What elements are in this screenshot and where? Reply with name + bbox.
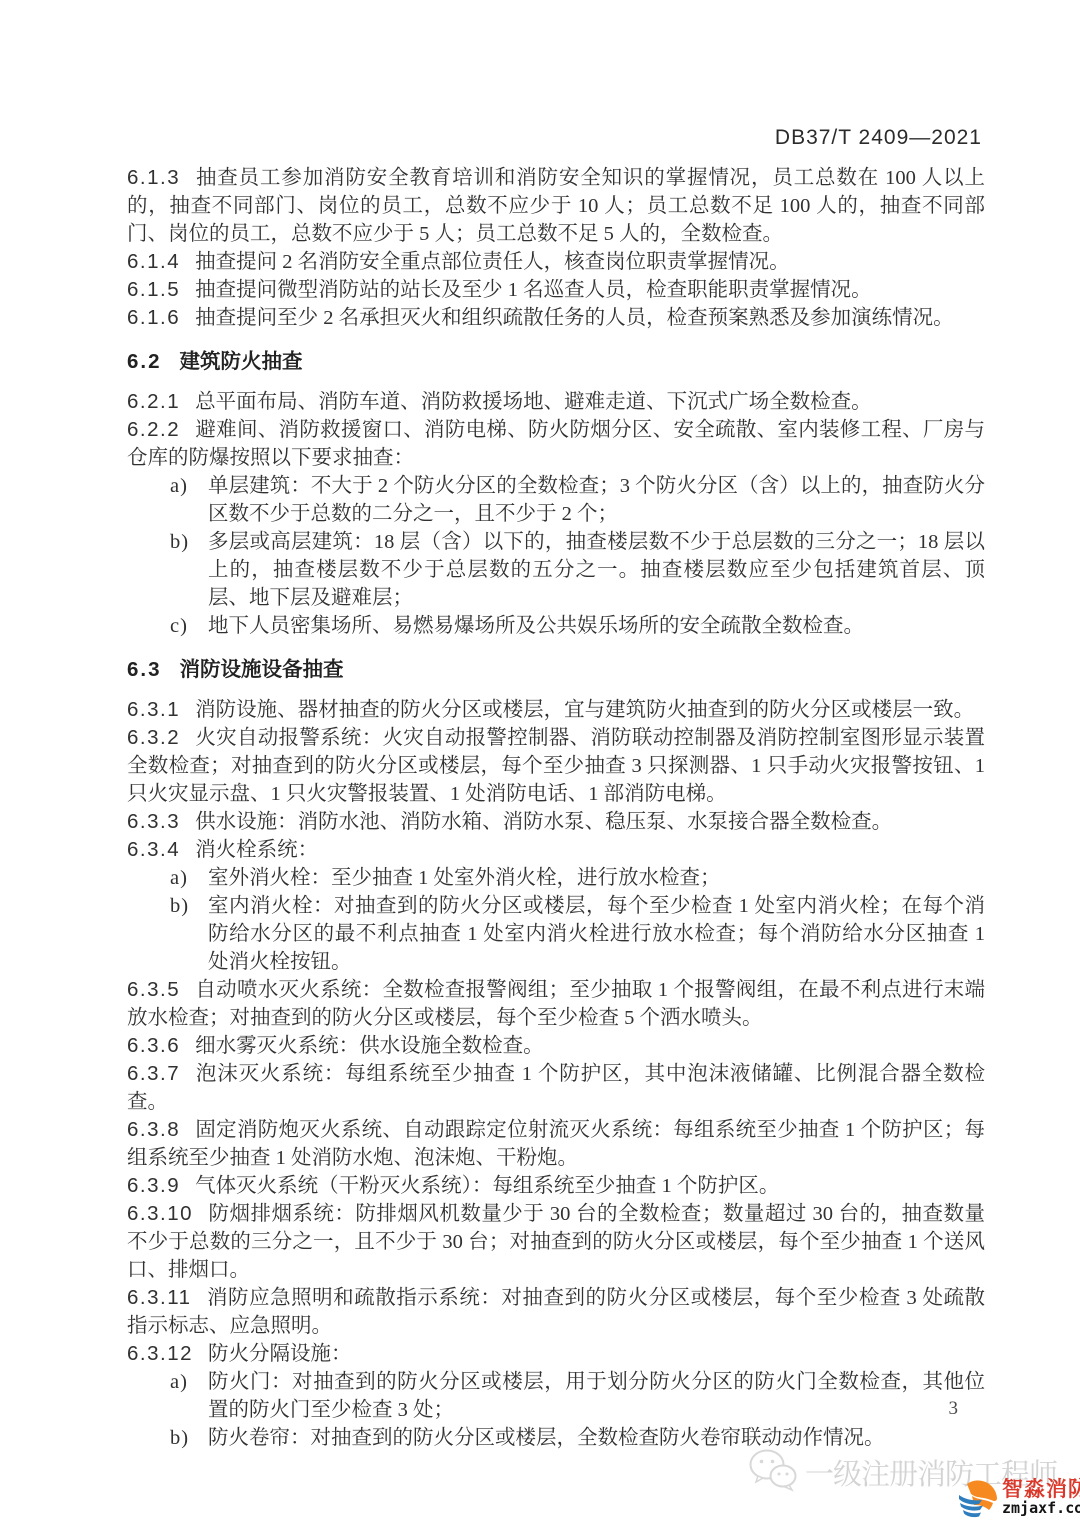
clause-text: 消防设施、器材抽查的防火分区或楼层，宜与建筑防火抽查到的防火分区或楼层一致。 (195, 699, 974, 721)
clause-paragraph: 6.3.2火灾自动报警系统：火灾自动报警控制器、消防联动控制器及消防控制室图形显… (127, 724, 985, 808)
list-item-text: 多层或高层建筑：18 层（含）以下的，抽查楼层数不少于总层数的三分之一；18 层… (208, 531, 985, 609)
list-item-text: 单层建筑：不大于 2 个防火分区的全数检查；3 个防火分区（含）以上的，抽查防火… (208, 475, 985, 525)
section-title: 建筑防火抽查 (180, 350, 303, 373)
clause-paragraph: 6.3.12防火分隔设施： (127, 1340, 985, 1368)
clause-paragraph: 6.1.4抽查提问 2 名消防安全重点部位责任人，核查岗位职责掌握情况。 (127, 248, 985, 276)
list-item-marker: a) (170, 472, 188, 500)
brand-logo: 智淼消防 zmjaxf.com (958, 1479, 1080, 1524)
list-item: a)单层建筑：不大于 2 个防火分区的全数检查；3 个防火分区（含）以上的，抽查… (170, 472, 985, 528)
clause-number: 6.3.3 (127, 810, 180, 833)
clause-number: 6.2.1 (127, 390, 180, 413)
clause-text: 供水设施：消防水池、消防水箱、消防水泵、稳压泵、水泵接合器全数检查。 (195, 811, 892, 833)
clause-number: 6.3.9 (127, 1174, 180, 1197)
clause-paragraph: 6.3.10防烟排烟系统：防排烟风机数量少于 30 台的全数检查；数量超过 30… (127, 1200, 985, 1284)
list-item-marker: b) (170, 1424, 189, 1452)
clause-number: 6.3.1 (127, 698, 180, 721)
clause-number: 6.3.4 (127, 838, 180, 861)
document-body: 6.1.3抽查员工参加消防安全教育培训和消防安全知识的掌握情况，员工总数在 10… (127, 164, 985, 1452)
document-page: DB37/T 2409—2021 6.1.3抽查员工参加消防安全教育培训和消防安… (0, 0, 1080, 1527)
section-number: 6.3 (127, 658, 162, 681)
clause-paragraph: 6.2.1总平面布局、消防车道、消防救援场地、避难走道、下沉式广场全数检查。 (127, 388, 985, 416)
wechat-icon (748, 1447, 798, 1498)
section-heading: 6.2建筑防火抽查 (127, 348, 985, 376)
clause-text: 泡沫灭火系统：每组系统至少抽查 1 个防护区，其中泡沫液储罐、比例混合器全数检查… (127, 1063, 985, 1113)
clause-paragraph: 6.3.3供水设施：消防水池、消防水箱、消防水泵、稳压泵、水泵接合器全数检查。 (127, 808, 985, 836)
clause-number: 6.1.4 (127, 250, 180, 273)
clause-text: 细水雾灭火系统：供水设施全数检查。 (195, 1035, 544, 1057)
clause-text: 避难间、消防救援窗口、消防电梯、防火防烟分区、安全疏散、室内装修工程、厂房与仓库… (127, 419, 985, 469)
clause-paragraph: 6.1.5抽查提问微型消防站的站长及至少 1 名巡查人员，检查职能职责掌握情况。 (127, 276, 985, 304)
clause-number: 6.3.8 (127, 1118, 180, 1141)
clause-text: 防火分隔设施： (208, 1343, 352, 1365)
list-item-marker: b) (170, 892, 189, 920)
brand-url: zmjaxf.com (1002, 1501, 1080, 1517)
clause-text: 抽查提问 2 名消防安全重点部位责任人，核查岗位职责掌握情况。 (195, 251, 790, 273)
clause-paragraph: 6.3.1消防设施、器材抽查的防火分区或楼层，宜与建筑防火抽查到的防火分区或楼层… (127, 696, 985, 724)
list-item-text: 地下人员密集场所、易燃易爆场所及公共娱乐场所的安全疏散全数检查。 (208, 615, 864, 637)
clause-paragraph: 6.1.3抽查员工参加消防安全教育培训和消防安全知识的掌握情况，员工总数在 10… (127, 164, 985, 248)
doc-number: DB37/T 2409—2021 (775, 126, 982, 150)
list-item-text: 室外消火栓：至少抽查 1 处室外消火栓，进行放水检查； (208, 867, 721, 889)
clause-paragraph: 6.3.8固定消防炮灭火系统、自动跟踪定位射流灭火系统：每组系统至少抽查 1 个… (127, 1116, 985, 1172)
list-item-text: 防火卷帘：对抽查到的防火分区或楼层，全数检查防火卷帘联动动作情况。 (208, 1427, 885, 1449)
clause-number: 6.3.6 (127, 1034, 180, 1057)
clause-number: 6.3.7 (127, 1062, 180, 1085)
list-item-text: 防火门：对抽查到的防火分区或楼层，用于划分防火分区的防火门全数检查，其他位置的防… (208, 1371, 985, 1421)
clause-number: 6.1.5 (127, 278, 180, 301)
clause-number: 6.2.2 (127, 418, 180, 441)
clause-number: 6.1.3 (127, 166, 180, 189)
clause-paragraph: 6.3.9气体灭火系统（干粉灭火系统）：每组系统至少抽查 1 个防护区。 (127, 1172, 985, 1200)
clause-text: 消火栓系统： (195, 839, 318, 861)
clause-paragraph: 6.3.7泡沫灭火系统：每组系统至少抽查 1 个防护区，其中泡沫液储罐、比例混合… (127, 1060, 985, 1116)
clause-paragraph: 6.3.5自动喷水灭火系统：全数检查报警阀组；至少抽取 1 个报警阀组，在最不利… (127, 976, 985, 1032)
clause-paragraph: 6.3.6细水雾灭火系统：供水设施全数检查。 (127, 1032, 985, 1060)
clause-paragraph: 6.1.6抽查提问至少 2 名承担灭火和组织疏散任务的人员，检查预案熟悉及参加演… (127, 304, 985, 332)
clause-number: 6.3.11 (127, 1286, 191, 1309)
clause-text: 消防应急照明和疏散指示系统：对抽查到的防火分区或楼层，每个至少检查 3 处疏散指… (127, 1287, 985, 1337)
list-item-marker: b) (170, 528, 189, 556)
clause-number: 6.3.12 (127, 1342, 193, 1365)
clause-text: 防烟排烟系统：防排烟风机数量少于 30 台的全数检查；数量超过 30 台的，抽查… (127, 1203, 985, 1281)
list-item: b)多层或高层建筑：18 层（含）以下的，抽查楼层数不少于总层数的三分之一；18… (170, 528, 985, 612)
section-number: 6.2 (127, 350, 162, 373)
section-title: 消防设施设备抽查 (180, 658, 344, 681)
list-item: c)地下人员密集场所、易燃易爆场所及公共娱乐场所的安全疏散全数检查。 (170, 612, 985, 640)
clause-text: 抽查提问微型消防站的站长及至少 1 名巡查人员，检查职能职责掌握情况。 (195, 279, 872, 301)
brand-name: 智淼消防 (1002, 1479, 1080, 1501)
list-item-marker: c) (170, 612, 188, 640)
list-item-marker: a) (170, 864, 188, 892)
clause-text: 抽查员工参加消防安全教育培训和消防安全知识的掌握情况，员工总数在 100 人以上… (127, 167, 985, 245)
list-item: a)防火门：对抽查到的防火分区或楼层，用于划分防火分区的防火门全数检查，其他位置… (170, 1368, 985, 1424)
clause-paragraph: 6.2.2避难间、消防救援窗口、消防电梯、防火防烟分区、安全疏散、室内装修工程、… (127, 416, 985, 472)
clause-paragraph: 6.3.4消火栓系统： (127, 836, 985, 864)
zhimiao-logo-icon (958, 1479, 998, 1524)
list-item: a)室外消火栓：至少抽查 1 处室外消火栓，进行放水检查； (170, 864, 985, 892)
clause-text: 抽查提问至少 2 名承担灭火和组织疏散任务的人员，检查预案熟悉及参加演练情况。 (195, 307, 954, 329)
clause-text: 火灾自动报警系统：火灾自动报警控制器、消防联动控制器及消防控制室图形显示装置全数… (127, 727, 985, 805)
clause-paragraph: 6.3.11消防应急照明和疏散指示系统：对抽查到的防火分区或楼层，每个至少检查 … (127, 1284, 985, 1340)
clause-text: 总平面布局、消防车道、消防救援场地、避难走道、下沉式广场全数检查。 (195, 391, 872, 413)
page-number: 3 (949, 1398, 959, 1420)
clause-text: 固定消防炮灭火系统、自动跟踪定位射流灭火系统：每组系统至少抽查 1 个防护区；每… (127, 1119, 985, 1169)
clause-text: 气体灭火系统（干粉灭火系统）：每组系统至少抽查 1 个防护区。 (195, 1175, 779, 1197)
list-item-marker: a) (170, 1368, 188, 1396)
list-item: b)室内消火栓：对抽查到的防火分区或楼层，每个至少检查 1 处室内消火栓；在每个… (170, 892, 985, 976)
clause-number: 6.3.5 (127, 978, 180, 1001)
clause-number: 6.3.10 (127, 1202, 193, 1225)
list-item-text: 室内消火栓：对抽查到的防火分区或楼层，每个至少检查 1 处室内消火栓；在每个消防… (208, 895, 985, 973)
section-heading: 6.3消防设施设备抽查 (127, 656, 985, 684)
clause-text: 自动喷水灭火系统：全数检查报警阀组；至少抽取 1 个报警阀组，在最不利点进行末端… (127, 979, 985, 1029)
clause-number: 6.1.6 (127, 306, 180, 329)
clause-number: 6.3.2 (127, 726, 180, 749)
